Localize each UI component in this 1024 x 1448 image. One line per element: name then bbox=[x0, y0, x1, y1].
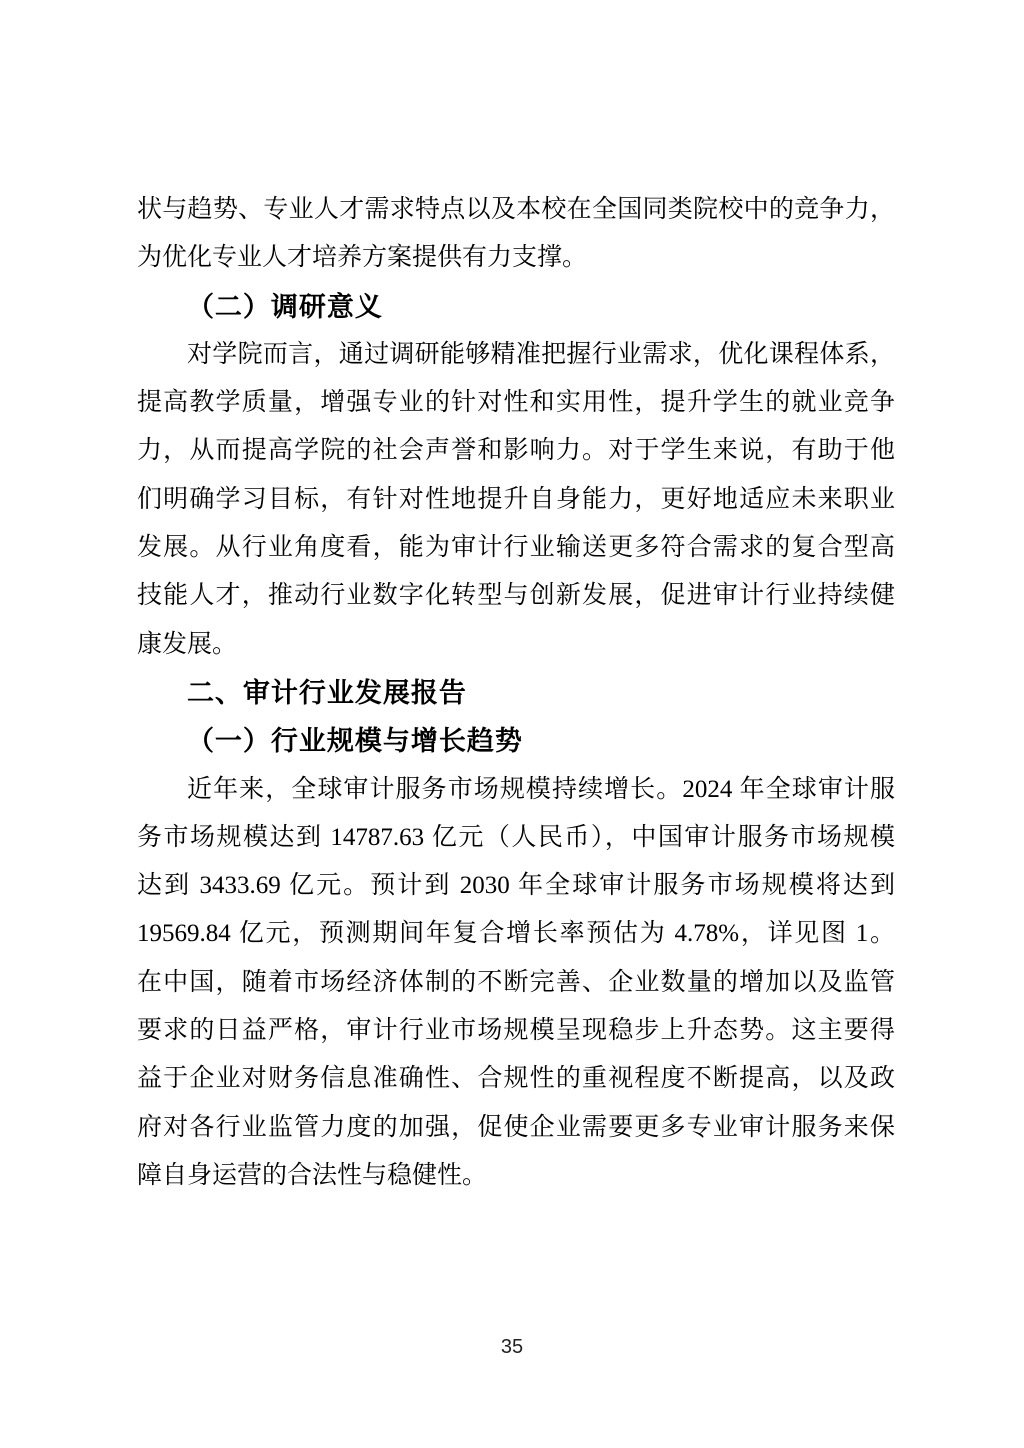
text-line: 状与趋势、专业人才需求特点以及本校在全国同类院校中的竞争力， bbox=[137, 186, 895, 234]
text-line: 二、审计行业发展报告 bbox=[137, 669, 895, 717]
text-line: 为优化专业人才培养方案提供有力支撑。 bbox=[137, 234, 895, 282]
text-line: 在中国，随着市场经济体制的不断完善、企业数量的增加以及监管 bbox=[137, 959, 895, 1007]
text-line: 们明确学习目标，有针对性地提升自身能力，更好地适应未来职业 bbox=[137, 476, 895, 524]
text-line: 技能人才，推动行业数字化转型与创新发展，促进审计行业持续健 bbox=[137, 572, 895, 620]
section-heading: （一）行业规模与增长趋势 bbox=[137, 717, 895, 765]
section-heading: （二）调研意义 bbox=[137, 283, 895, 331]
text-line: （一）行业规模与增长趋势 bbox=[137, 717, 895, 765]
document-body: 状与趋势、专业人才需求特点以及本校在全国同类院校中的竞争力，为优化专业人才培养方… bbox=[137, 186, 895, 1200]
text-line: 达到 3433.69 亿元。预计到 2030 年全球审计服务市场规模将达到 bbox=[137, 862, 895, 910]
text-line: （二）调研意义 bbox=[137, 283, 895, 331]
page-number: 35 bbox=[0, 1336, 1024, 1359]
text-line: 力，从而提高学院的社会声誉和影响力。对于学生来说，有助于他 bbox=[137, 427, 895, 475]
text-line: 19569.84 亿元，预测期间年复合增长率预估为 4.78%，详见图 1。 bbox=[137, 910, 895, 958]
text-line: 发展。从行业角度看，能为审计行业输送更多符合需求的复合型高 bbox=[137, 524, 895, 572]
text-line: 近年来，全球审计服务市场规模持续增长。2024 年全球审计服 bbox=[137, 766, 895, 814]
text-line: 务市场规模达到 14787.63 亿元（人民币），中国审计服务市场规模 bbox=[137, 814, 895, 862]
text-line: 府对各行业监管力度的加强，促使企业需要更多专业审计服务来保 bbox=[137, 1104, 895, 1152]
section-heading: 二、审计行业发展报告 bbox=[137, 669, 895, 717]
text-line: 益于企业对财务信息准确性、合规性的重视程度不断提高，以及政 bbox=[137, 1055, 895, 1103]
text-line: 提高教学质量，增强专业的针对性和实用性，提升学生的就业竞争 bbox=[137, 379, 895, 427]
text-line: 对学院而言，通过调研能够精准把握行业需求，优化课程体系， bbox=[137, 331, 895, 379]
text-line: 康发展。 bbox=[137, 621, 895, 669]
document-page: 状与趋势、专业人才需求特点以及本校在全国同类院校中的竞争力，为优化专业人才培养方… bbox=[0, 0, 1024, 1448]
paragraph: 状与趋势、专业人才需求特点以及本校在全国同类院校中的竞争力，为优化专业人才培养方… bbox=[137, 186, 895, 283]
paragraph: 近年来，全球审计服务市场规模持续增长。2024 年全球审计服务市场规模达到 14… bbox=[137, 766, 895, 1201]
text-line: 要求的日益严格，审计行业市场规模呈现稳步上升态势。这主要得 bbox=[137, 1007, 895, 1055]
text-line: 障自身运营的合法性与稳健性。 bbox=[137, 1152, 895, 1200]
paragraph: 对学院而言，通过调研能够精准把握行业需求，优化课程体系，提高教学质量，增强专业的… bbox=[137, 331, 895, 669]
